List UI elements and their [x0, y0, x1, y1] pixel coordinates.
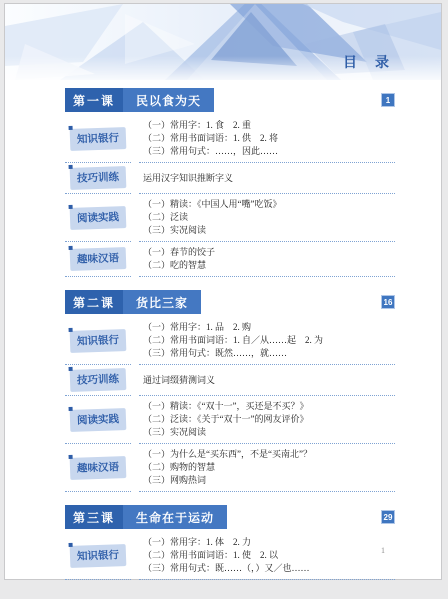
section-label-column: 阅读实践 — [65, 207, 137, 229]
textbook-page: 目 录 第一课 民以食为天 1 知识银行 （一）常用字：1. 食 2. 重（二）… — [4, 3, 442, 580]
section-row: 技巧训练 运用汉字知识推断字义 — [65, 165, 395, 191]
section-row: 技巧训练 通过词缀猜测词义 — [65, 367, 395, 393]
dotted-separator-left — [65, 395, 131, 396]
dotted-separator-left — [65, 579, 131, 580]
dotted-separator-right — [139, 443, 395, 444]
lesson-sections: 知识银行 （一）常用字：1. 体 2. 力（二）常用书面词语：1. 使 2. 以… — [65, 534, 395, 580]
section-lines: （一）为什么是“买东西”，不是“买南北”？（二）购物的智慧（三）网购热词 — [137, 448, 395, 487]
dotted-separator-right — [139, 491, 395, 492]
section-row: 知识银行 （一）常用字：1. 品 2. 购（二）常用书面词语：1. 自／从……起… — [65, 319, 395, 362]
header-banner: 目 录 — [5, 4, 441, 80]
section-label: 趣味汉语 — [70, 456, 127, 480]
content-line: （三）实况阅读 — [143, 426, 395, 439]
content-line: （一）常用字：1. 食 2. 重 — [143, 119, 395, 132]
content-line: （二）吃的智慧 — [143, 259, 395, 272]
dotted-separator — [65, 193, 395, 194]
content-line: （二）泛读 — [143, 211, 395, 224]
content-line: （一）常用字：1. 品 2. 购 — [143, 321, 395, 334]
content-line: （二）常用书面词语：1. 自／从……起 2. 为 — [143, 334, 395, 347]
content-line: （二）泛读：《关于“双十一”的网友评价》 — [143, 413, 395, 426]
section-label: 趣味汉语 — [70, 247, 127, 271]
content-line: 运用汉字知识推断字义 — [143, 172, 395, 185]
lesson-sections: 知识银行 （一）常用字：1. 食 2. 重（二）常用书面词语：1. 供 2. 将… — [65, 117, 395, 277]
section-lines: 运用汉字知识推断字义 — [137, 172, 395, 185]
section-lines: （一）精读：《中国人用“嘴”吃饭》（二）泛读（三）实况阅读 — [137, 198, 395, 237]
section-row: 阅读实践 （一）精读：《中国人用“嘴”吃饭》（二）泛读（三）实况阅读 — [65, 196, 395, 239]
section-row: 趣味汉语 （一）为什么是“买东西”，不是“买南北”？（二）购物的智慧（三）网购热… — [65, 446, 395, 489]
section-label: 知识银行 — [70, 329, 127, 353]
section-label: 阅读实践 — [70, 206, 127, 230]
section-lines: （一）精读：《“双十一”，买还是不买？》（二）泛读：《关于“双十一”的网友评价》… — [137, 400, 395, 439]
section-lines: （一）春节的饺子（二）吃的智慧 — [137, 246, 395, 272]
dotted-separator-left — [65, 193, 131, 194]
content-line: （三）网购热词 — [143, 474, 395, 487]
section-row: 阅读实践 （一）精读：《“双十一”，买还是不买？》（二）泛读：《关于“双十一”的… — [65, 398, 395, 441]
lesson-page-badge: 1 — [381, 93, 395, 107]
section-label: 阅读实践 — [70, 408, 127, 432]
lesson-sections: 知识银行 （一）常用字：1. 品 2. 购（二）常用书面词语：1. 自／从……起… — [65, 319, 395, 492]
dotted-separator-right — [139, 364, 395, 365]
dotted-separator — [65, 364, 395, 365]
content-line: （二）常用书面词语：1. 供 2. 将 — [143, 132, 395, 145]
content-line: 通过词缀猜测词义 — [143, 374, 395, 387]
dotted-separator — [65, 579, 395, 580]
lesson-number: 第三课 — [65, 505, 123, 529]
content-line: （三）常用句式：……，因此…… — [143, 145, 395, 158]
dotted-separator-left — [65, 276, 131, 277]
section-label-column: 知识银行 — [65, 128, 137, 150]
lesson-title: 货比三家 — [123, 290, 201, 314]
lesson-header: 第三课 生命在于运动 29 — [65, 505, 395, 529]
dotted-separator-left — [65, 364, 131, 365]
lesson-block: 第一课 民以食为天 1 知识银行 （一）常用字：1. 食 2. 重（二）常用书面… — [65, 88, 395, 277]
content-line: （三）常用句式：既然……，就…… — [143, 347, 395, 360]
section-row: 知识银行 （一）常用字：1. 体 2. 力（二）常用书面词语：1. 使 2. 以… — [65, 534, 395, 577]
dotted-separator-right — [139, 276, 395, 277]
dotted-separator — [65, 443, 395, 444]
dotted-separator — [65, 395, 395, 396]
section-label: 技巧训练 — [70, 368, 127, 392]
dotted-separator-right — [139, 579, 395, 580]
dotted-separator-right — [139, 241, 395, 242]
footer-page-number: 1 — [381, 546, 385, 555]
lesson-title: 生命在于运动 — [123, 505, 227, 529]
dotted-separator-left — [65, 241, 131, 242]
section-lines: （一）常用字：1. 食 2. 重（二）常用书面词语：1. 供 2. 将（三）常用… — [137, 119, 395, 158]
section-label: 技巧训练 — [70, 166, 127, 190]
section-label-column: 趣味汉语 — [65, 248, 137, 270]
toc-title: 目 录 — [343, 52, 391, 72]
lesson-block: 第二课 货比三家 16 知识银行 （一）常用字：1. 品 2. 购（二）常用书面… — [65, 290, 395, 492]
section-lines: 通过词缀猜测词义 — [137, 374, 395, 387]
dotted-separator-left — [65, 443, 131, 444]
dotted-separator — [65, 276, 395, 277]
content-line: （二）购物的智慧 — [143, 461, 395, 474]
dotted-separator-left — [65, 491, 131, 492]
content-line: （一）精读：《中国人用“嘴”吃饭》 — [143, 198, 395, 211]
content-line: （一）精读：《“双十一”，买还是不买？》 — [143, 400, 395, 413]
lesson-title: 民以食为天 — [123, 88, 214, 112]
section-label: 知识银行 — [70, 544, 127, 568]
lessons: 第一课 民以食为天 1 知识银行 （一）常用字：1. 食 2. 重（二）常用书面… — [5, 88, 441, 593]
section-label-column: 知识银行 — [65, 330, 137, 352]
lesson-block: 第三课 生命在于运动 29 知识银行 （一）常用字：1. 体 2. 力（二）常用… — [65, 505, 395, 580]
lesson-header: 第一课 民以食为天 1 — [65, 88, 395, 112]
lesson-page-badge: 16 — [381, 295, 395, 309]
content-line: （三）实况阅读 — [143, 224, 395, 237]
content-line: （一）春节的饺子 — [143, 246, 395, 259]
dotted-separator-right — [139, 193, 395, 194]
section-label: 知识银行 — [70, 127, 127, 151]
section-row: 趣味汉语 （一）春节的饺子（二）吃的智慧 — [65, 244, 395, 274]
dotted-separator — [65, 162, 395, 163]
section-label-column: 阅读实践 — [65, 409, 137, 431]
section-label-column: 知识银行 — [65, 545, 137, 567]
dotted-separator — [65, 491, 395, 492]
dotted-separator-left — [65, 162, 131, 163]
content-line: （一）常用字：1. 体 2. 力 — [143, 536, 395, 549]
content-line: （三）常用句式：既……（，）又／也…… — [143, 562, 395, 575]
lesson-page-badge: 29 — [381, 510, 395, 524]
section-lines: （一）常用字：1. 体 2. 力（二）常用书面词语：1. 使 2. 以（三）常用… — [137, 536, 395, 575]
dotted-separator-right — [139, 162, 395, 163]
section-lines: （一）常用字：1. 品 2. 购（二）常用书面词语：1. 自／从……起 2. 为… — [137, 321, 395, 360]
content-line: （一）为什么是“买东西”，不是“买南北”？ — [143, 448, 395, 461]
dotted-separator-right — [139, 395, 395, 396]
section-label-column: 技巧训练 — [65, 369, 137, 391]
section-label-column: 技巧训练 — [65, 167, 137, 189]
section-label-column: 趣味汉语 — [65, 457, 137, 479]
dotted-separator — [65, 241, 395, 242]
lesson-number: 第一课 — [65, 88, 123, 112]
content-line: （二）常用书面词语：1. 使 2. 以 — [143, 549, 395, 562]
lesson-header: 第二课 货比三家 16 — [65, 290, 395, 314]
section-row: 知识银行 （一）常用字：1. 食 2. 重（二）常用书面词语：1. 供 2. 将… — [65, 117, 395, 160]
lesson-number: 第二课 — [65, 290, 123, 314]
